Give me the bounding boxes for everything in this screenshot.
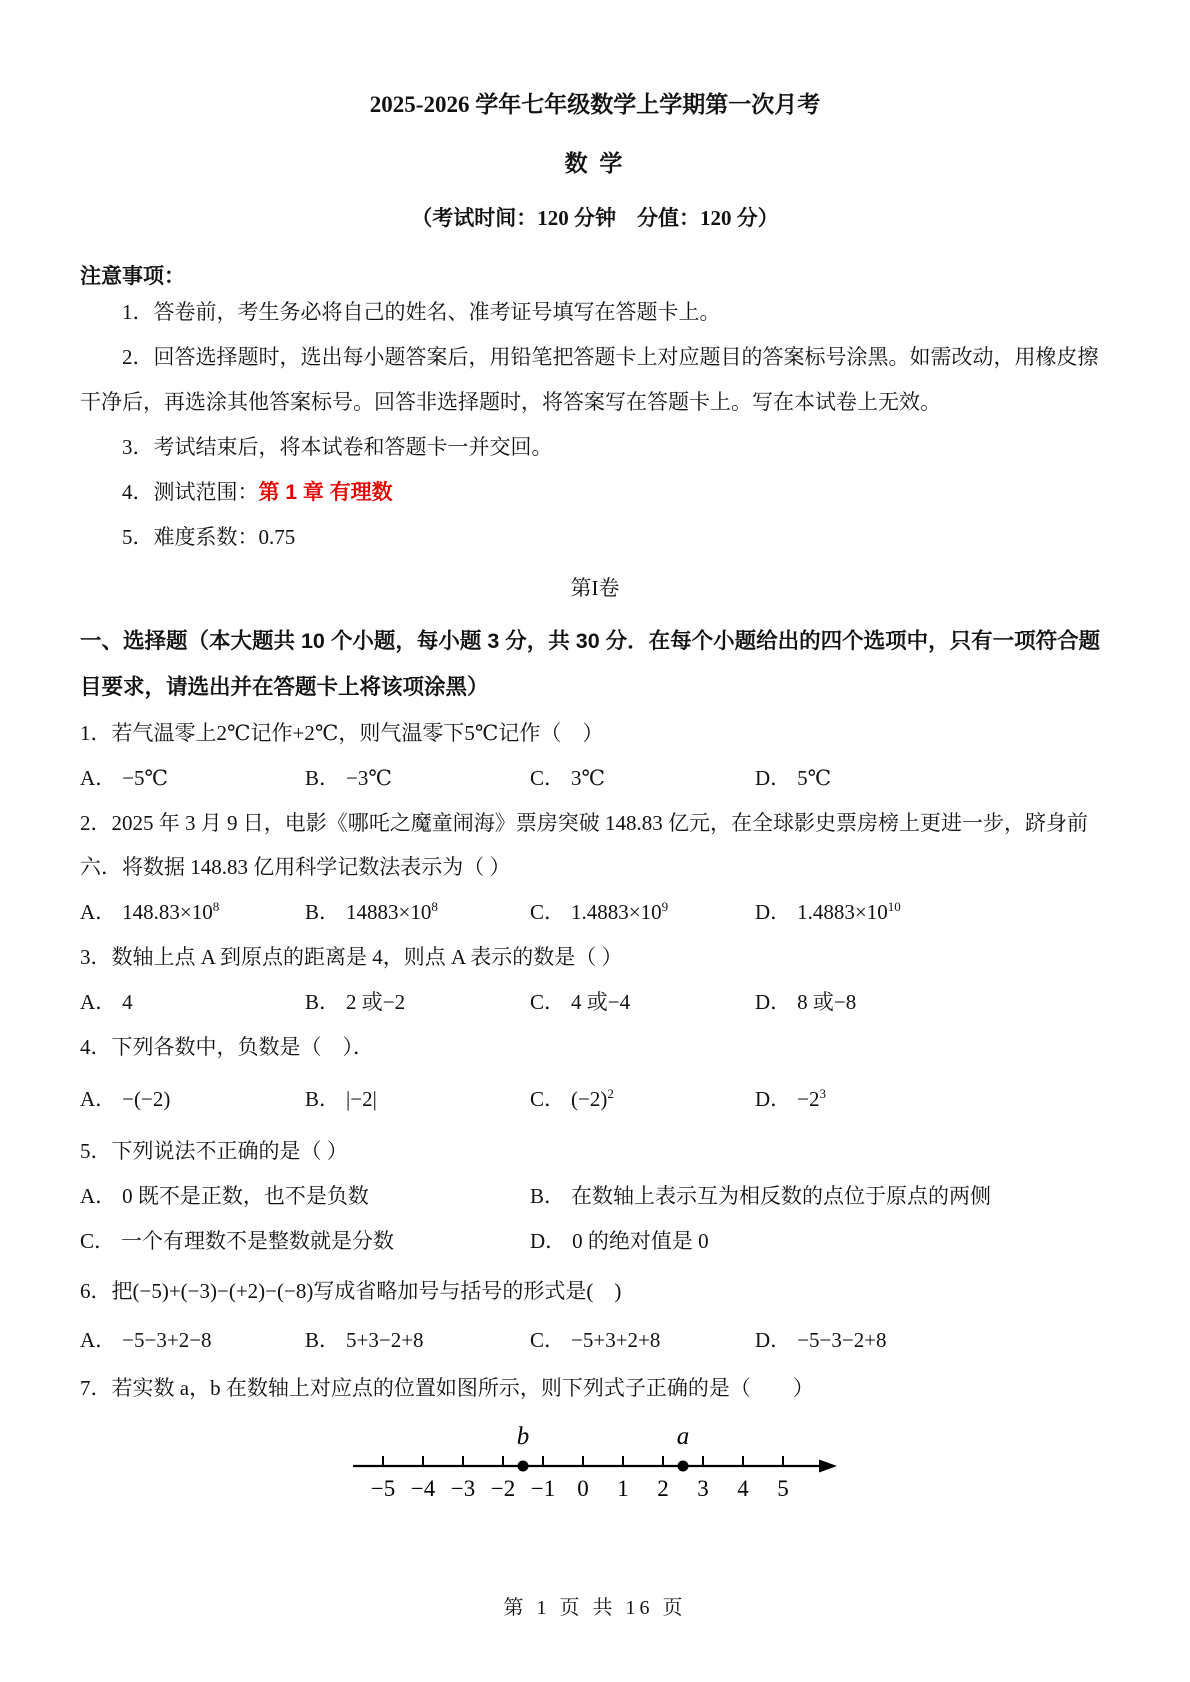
option-a: A．0 既不是正数，也不是负数: [80, 1174, 530, 1218]
option-a: A．148.83×108: [80, 890, 305, 934]
svg-text:1: 1: [617, 1476, 629, 1501]
question-5-options-row-2: C．一个有理数不是整数就是分数 D．0 的绝对值是 0: [80, 1219, 1110, 1263]
svg-text:−1: −1: [531, 1476, 555, 1501]
notice-item-2: 2．回答选择题时，选出每小题答案后，用铅笔把答题卡上对应题目的答案标号涂黑。如需…: [80, 335, 1110, 425]
svg-text:5: 5: [777, 1476, 789, 1501]
notice-item-5: 5．难度系数：0.75: [80, 515, 1110, 560]
option-a: A．−5℃: [80, 756, 305, 800]
svg-text:−5: −5: [371, 1476, 395, 1501]
question-4-stem: 4．下列各数中，负数是（ ）．: [80, 1025, 1110, 1069]
exam-page: 2025-2026 学年七年级数学上学期第一次月考 数 学 （考试时间：120 …: [0, 0, 1190, 1682]
svg-text:−3: −3: [451, 1476, 475, 1501]
option-b: B．5+3−2+8: [305, 1318, 530, 1362]
option-b: B．2 或−2: [305, 980, 530, 1024]
option-a: A．−5−3+2−8: [80, 1318, 305, 1362]
exam-meta: （考试时间：120 分钟 分值：120 分）: [80, 202, 1110, 232]
question-6-stem: 6．把(−5)+(−3)−(+2)−(−8)写成省略加号与括号的形式是( ): [80, 1269, 1110, 1313]
option-c: C．(−2)2: [530, 1077, 755, 1121]
exam-title: 2025-2026 学年七年级数学上学期第一次月考: [80, 86, 1110, 119]
question-3-options: A．4 B．2 或−2 C．4 或−4 D．8 或−8: [80, 980, 1110, 1024]
option-c: C．1.4883×109: [530, 890, 755, 934]
option-a: A．−(−2): [80, 1077, 305, 1121]
question-1-options: A．−5℃ B．−3℃ C．3℃ D．5℃: [80, 756, 1110, 800]
svg-text:−4: −4: [411, 1476, 436, 1501]
svg-text:−2: −2: [491, 1476, 515, 1501]
numberline-svg: −5−4−3−2−1012345ba: [345, 1420, 845, 1508]
option-b: B．在数轴上表示互为相反数的点位于原点的两侧: [530, 1174, 1110, 1218]
option-c: C．4 或−4: [530, 980, 755, 1024]
question-1-stem: 1．若气温零上2℃记作+2℃，则气温零下5℃记作（ ）: [80, 711, 1110, 755]
notice-item-3: 3．考试结束后，将本试卷和答题卡一并交回。: [80, 425, 1110, 470]
svg-text:3: 3: [697, 1476, 709, 1501]
option-b: B．−3℃: [305, 756, 530, 800]
svg-text:4: 4: [737, 1476, 749, 1501]
svg-text:b: b: [517, 1423, 530, 1450]
notice-item-4-prefix: 4．测试范围：: [122, 480, 259, 504]
test-range-highlight: 第 1 章 有理数: [259, 481, 393, 504]
numberline-figure: −5−4−3−2−1012345ba: [80, 1420, 1110, 1508]
option-b: B．|−2|: [305, 1077, 530, 1121]
svg-text:a: a: [677, 1423, 690, 1450]
question-3-stem: 3．数轴上点 A 到原点的距离是 4，则点 A 表示的数是（ ）: [80, 935, 1110, 979]
option-c: C．−5+3+2+8: [530, 1318, 755, 1362]
svg-text:0: 0: [577, 1476, 589, 1501]
notice-item-4: 4．测试范围：第 1 章 有理数: [80, 470, 1110, 515]
part-title: 第I卷: [80, 566, 1110, 610]
option-c: C．3℃: [530, 756, 755, 800]
notice-heading: 注意事项：: [80, 260, 1110, 290]
svg-text:2: 2: [657, 1476, 669, 1501]
option-d: D．8 或−8: [755, 980, 1110, 1024]
option-d: D．−23: [755, 1077, 1110, 1121]
question-4-options: A．−(−2) B．|−2| C．(−2)2 D．−23: [80, 1077, 1110, 1121]
option-d: D．−5−3−2+8: [755, 1318, 1110, 1362]
question-7-stem: 7．若实数 a，b 在数轴上对应点的位置如图所示，则下列式子正确的是（ ）: [80, 1366, 1110, 1410]
question-2-stem: 2．2025 年 3 月 9 日，电影《哪吒之魔童闹海》票房突破 148.83 …: [80, 801, 1110, 889]
section-heading: 一、选择题（本大题共 10 个小题，每小题 3 分，共 30 分．在每个小题给出…: [80, 618, 1110, 710]
notice-item-1: 1．答卷前，考生务必将自己的姓名、准考证号填写在答题卡上。: [80, 290, 1110, 335]
question-2-options: A．148.83×108 B．14883×108 C．1.4883×109 D．…: [80, 890, 1110, 934]
question-5-stem: 5．下列说法不正确的是（ ）: [80, 1129, 1110, 1173]
option-d: D．0 的绝对值是 0: [530, 1219, 1110, 1263]
page-footer: 第 1 页 共 16 页: [0, 1591, 1190, 1620]
option-c: C．一个有理数不是整数就是分数: [80, 1219, 530, 1263]
question-5-options-row-1: A．0 既不是正数，也不是负数 B．在数轴上表示互为相反数的点位于原点的两侧: [80, 1174, 1110, 1218]
exam-subject: 数 学: [80, 145, 1110, 178]
question-6-options: A．−5−3+2−8 B．5+3−2+8 C．−5+3+2+8 D．−5−3−2…: [80, 1318, 1110, 1362]
option-d: D．1.4883×1010: [755, 890, 1110, 934]
option-a: A．4: [80, 980, 305, 1024]
option-d: D．5℃: [755, 756, 1110, 800]
option-b: B．14883×108: [305, 890, 530, 934]
